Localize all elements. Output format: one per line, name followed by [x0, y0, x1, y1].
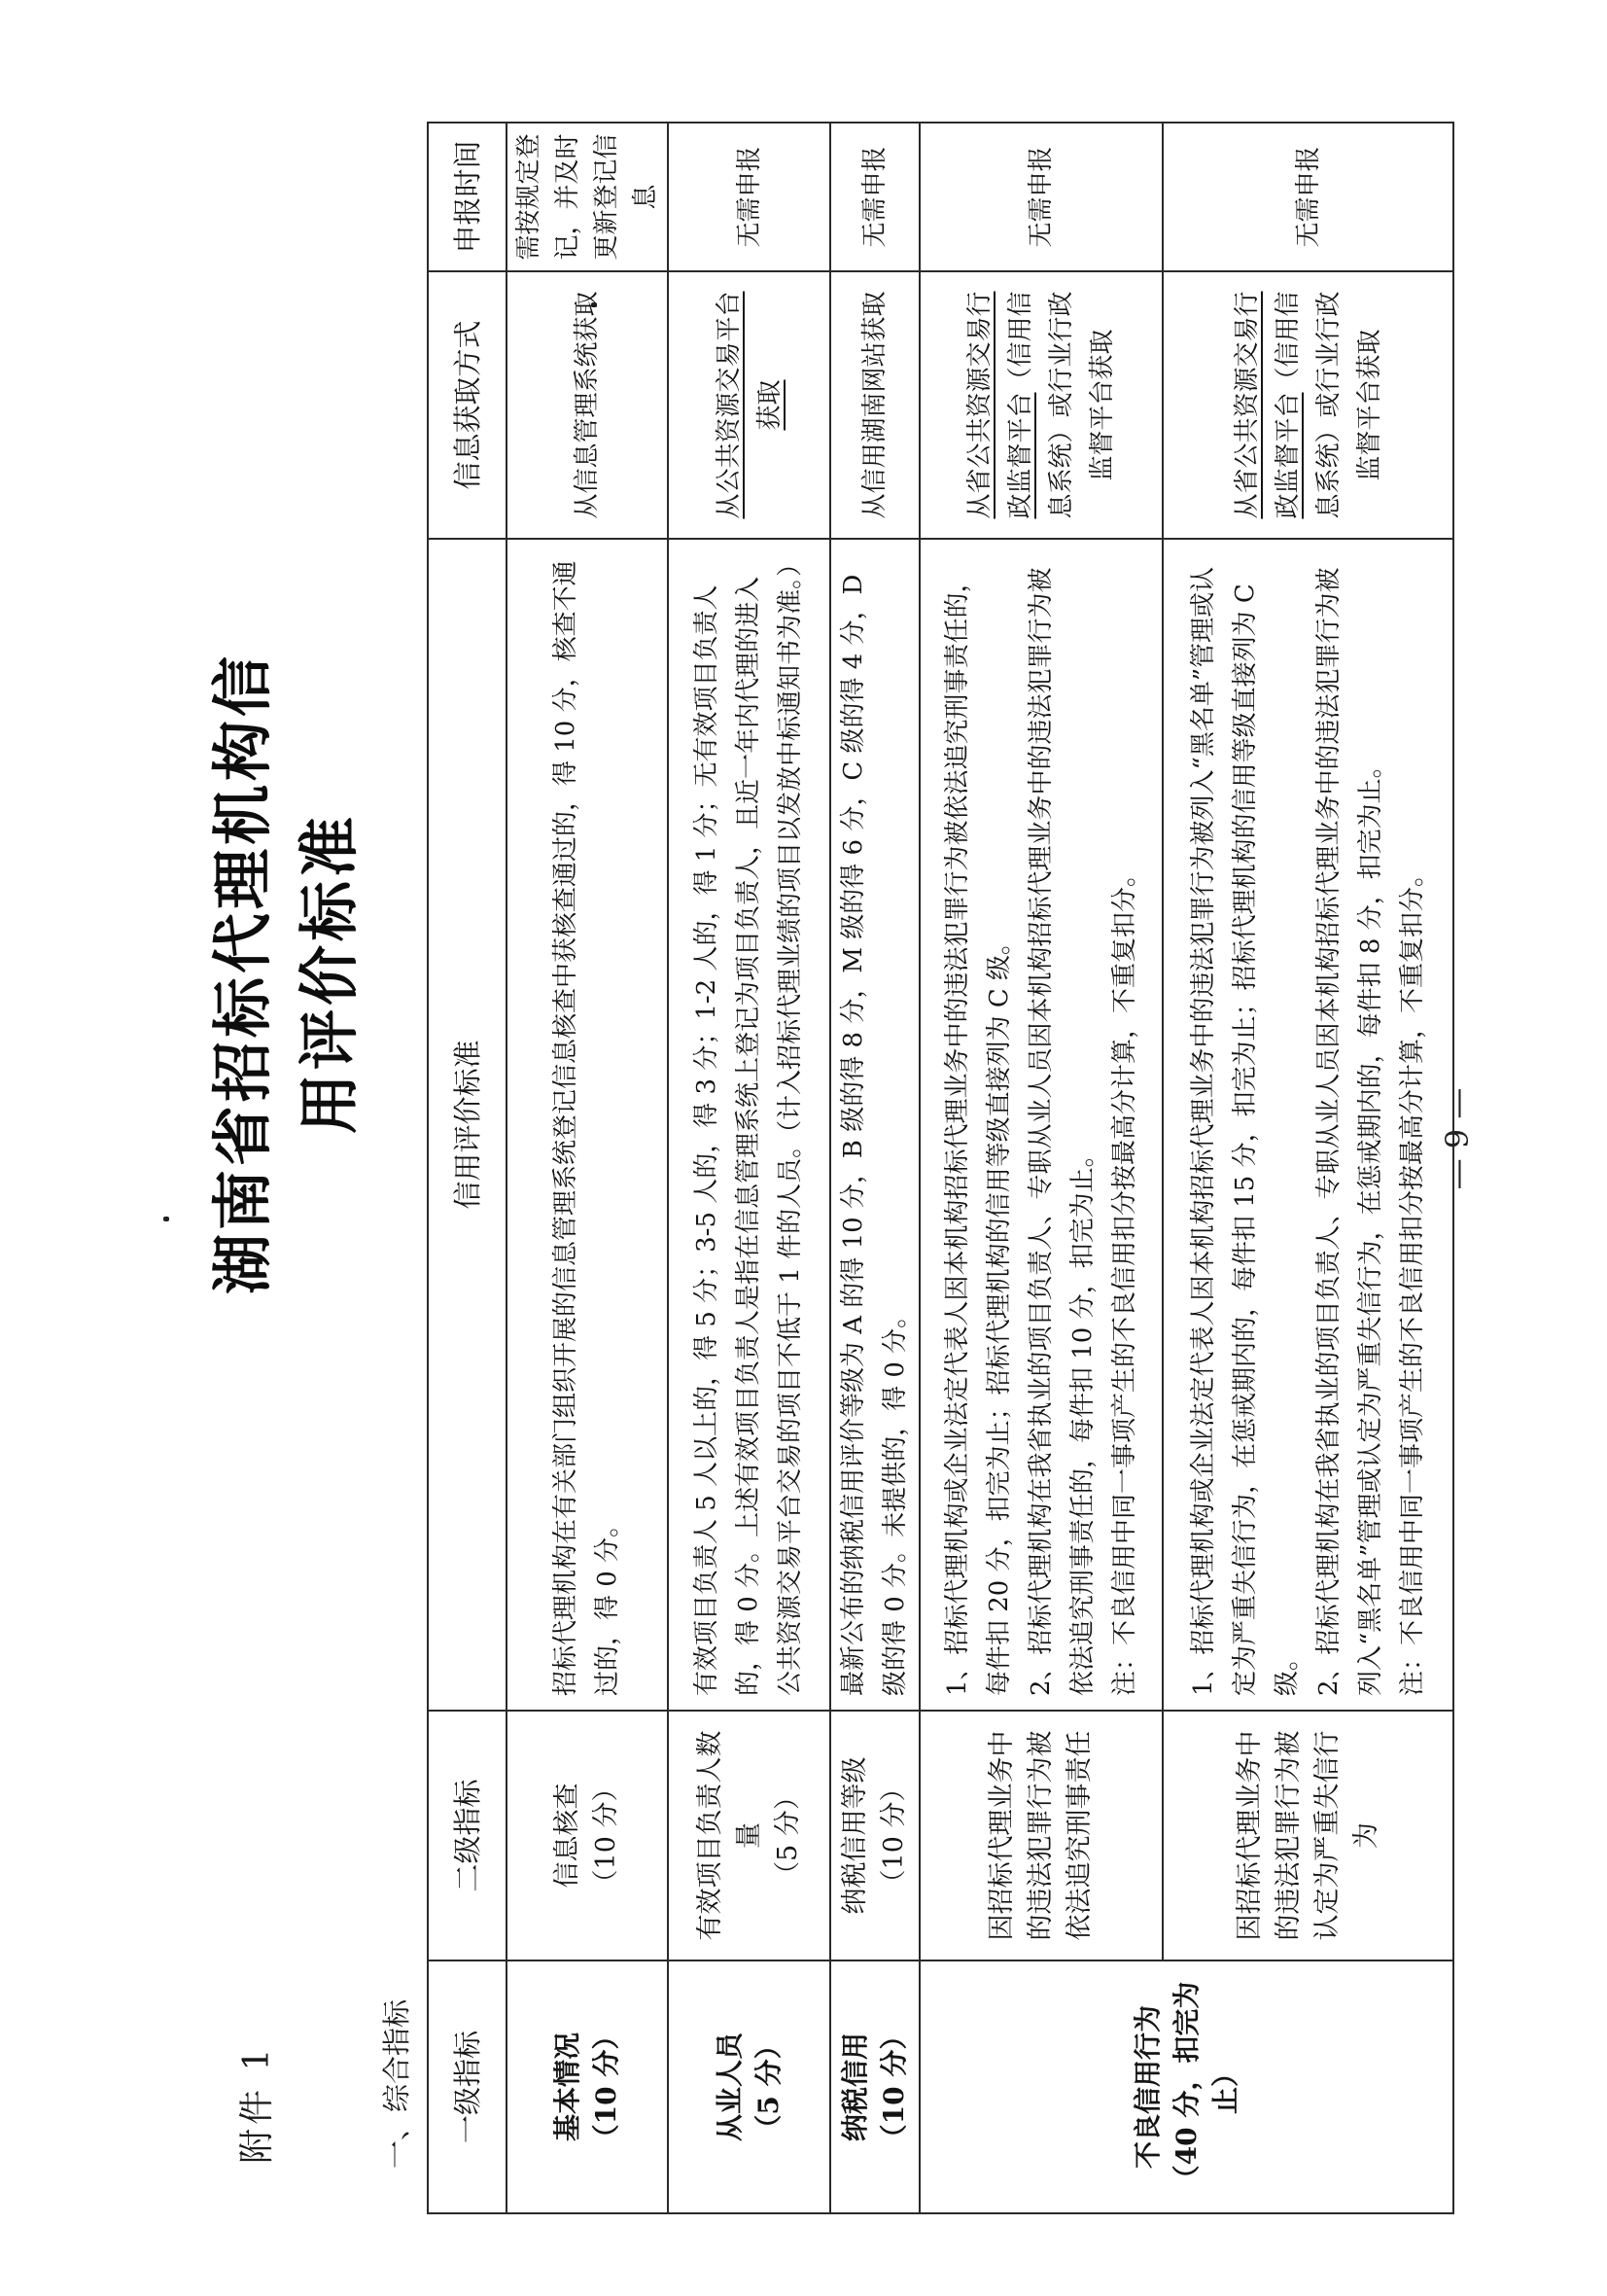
- header-criteria: 信用评价标准: [428, 539, 507, 1711]
- criteria-item: 1、招标代理机构或企业法定代表人因本机构招标代理业务中的违法犯罪行为被列入“黑名…: [1183, 553, 1309, 1696]
- table-row: 纳税信用 （10 分） 纳税信用等级 （10 分） 最新公布的纳税信用评价等级为…: [830, 123, 920, 2213]
- criteria-item: 2、招标代理机构在我省执业的项目负责人、专职从业人员因本机构招标代理业务中的违法…: [1309, 553, 1392, 1696]
- level1-cell: 从业人员 （5 分）: [668, 1960, 830, 2213]
- level1-name: 基本情况: [548, 1975, 587, 2199]
- table-header-row: 一级指标 二级指标 信用评价标准 信息获取方式 申报时间: [428, 123, 507, 2213]
- report-time-cell: 需按规定登记，并及时更新登记信息: [507, 123, 668, 271]
- criteria-text: 最新公布的纳税信用评价等级为 A 的得 10 分，B 级的得 8 分，M 级的得…: [833, 553, 917, 1696]
- report-time-text: 无需申报: [860, 147, 890, 248]
- attachment-label: 附件 1: [229, 2045, 279, 2164]
- level2-name: 信息核查: [548, 1725, 587, 1946]
- header-source: 信息获取方式: [428, 271, 507, 539]
- criteria-item: 1、招标代理机构或企业法定代表人因本机构招标代理业务中的违法犯罪行为被依法追究刑…: [937, 553, 1021, 1696]
- criteria-cell: 有效项目负责人 5 人以上的，得 5 分；3-5 人的，得 3 分；1-2 人的…: [668, 539, 830, 1711]
- level2-cell: 信息核查 （10 分）: [507, 1711, 668, 1960]
- credit-evaluation-table: 一级指标 二级指标 信用评价标准 信息获取方式 申报时间 基本情况 （10 分）…: [427, 122, 1454, 2214]
- level1-name: 从业人员: [711, 1975, 750, 2199]
- criteria-text: 有效项目负责人 5 人以上的，得 5 分；3-5 人的，得 3 分；1-2 人的…: [686, 553, 812, 1696]
- source-cell: 从公共资源交易平台获取: [668, 271, 830, 539]
- level2-points: （10 分）: [587, 1725, 626, 1946]
- level1-points: （10 分）: [587, 1975, 626, 2199]
- scan-speck: [163, 1217, 169, 1221]
- report-time-text: 无需申报: [1294, 147, 1323, 248]
- source-cell: 从省公共资源交易行政监督平台（信用信息系统）或行业行政监督平台获取: [1163, 271, 1453, 539]
- criteria-text: 招标代理机构在有关部门组织开展的信息管理系统登记信息核查中获核查通过的，得 10…: [545, 553, 629, 1696]
- criteria-item: 2、招标代理机构在我省执业的项目负责人、专职从业人员因本机构招标代理业务中的违法…: [1021, 553, 1104, 1696]
- report-time-text: 无需申报: [1027, 147, 1056, 248]
- level1-name: 不良信用行为: [1129, 1975, 1168, 2199]
- table-row: 基本情况 （10 分） 信息核查 （10 分） 招标代理机构在有关部门组织开展的…: [507, 123, 668, 2213]
- source-text: 从公共资源交易平台获取: [715, 292, 785, 519]
- table-row: 从业人员 （5 分） 有效项目负责人数量 （5 分） 有效项目负责人 5 人以上…: [668, 123, 830, 2213]
- criteria-cell: 1、招标代理机构或企业法定代表人因本机构招标代理业务中的违法犯罪行为被依法追究刑…: [920, 539, 1163, 1711]
- report-time-cell: 无需申报: [830, 123, 920, 271]
- source-text: 从信息管理系统获取: [573, 292, 602, 519]
- level2-cell: 因招标代理业务中的违法犯罪行为被依法追究刑事责任: [920, 1711, 1163, 1960]
- level1-name: 纳税信用: [836, 1975, 875, 2199]
- report-time-cell: 无需申报: [1163, 123, 1453, 271]
- criteria-note: 注：不良信用中同一事项产生的不良信用扣分按最高分计算，不重复扣分。: [1104, 553, 1146, 1696]
- level2-name: 有效项目负责人数量: [691, 1725, 769, 1946]
- level1-points: （40 分，扣完为止）: [1168, 1975, 1245, 2199]
- level2-cell: 纳税信用等级 （10 分）: [830, 1711, 920, 1960]
- report-time-text: 无需申报: [735, 147, 764, 248]
- report-time-cell: 无需申报: [668, 123, 830, 271]
- level2-cell: 因招标代理业务中的违法犯罪行为被认定为严重失信行为: [1163, 1711, 1453, 1960]
- source-cell: 从信用湖南网站获取: [830, 271, 920, 539]
- criteria-note: 注：不良信用中同一事项产生的不良信用扣分按最高分计算，不重复扣分。: [1392, 553, 1434, 1696]
- document-title: 湖南省招标代理机构信用评价标准: [194, 623, 367, 1324]
- table-row: 不良信用行为 （40 分，扣完为止） 因招标代理业务中的违法犯罪行为被依法追究刑…: [920, 123, 1163, 2213]
- header-level2: 二级指标: [428, 1711, 507, 1960]
- criteria-cell: 1、招标代理机构或企业法定代表人因本机构招标代理业务中的违法犯罪行为被列入“黑名…: [1163, 539, 1453, 1711]
- header-level1: 一级指标: [428, 1960, 507, 2213]
- criteria-cell: 招标代理机构在有关部门组织开展的信息管理系统登记信息核查中获核查通过的，得 10…: [507, 539, 668, 1711]
- level2-name: 因招标代理业务中的违法犯罪行为被认定为严重失信行为: [1231, 1725, 1386, 1946]
- document-page: 附件 1 湖南省招标代理机构信用评价标准 一、综合指标 一级指标 二级指标 信用…: [0, 0, 1607, 2296]
- source-cell: 从省公共资源交易行政监督平台（信用信息系统）或行业行政监督平台获取: [920, 271, 1163, 539]
- page-number: — 9 —: [1439, 1071, 1476, 1207]
- table-row: 因招标代理业务中的违法犯罪行为被认定为严重失信行为 1、招标代理机构或企业法定代…: [1163, 123, 1453, 2213]
- level2-points: （5 分）: [769, 1725, 808, 1946]
- source-cell: 从信息管理系统获取: [507, 271, 668, 539]
- level2-name: 因招标代理业务中的违法犯罪行为被依法追究刑事责任: [983, 1725, 1100, 1946]
- level2-cell: 有效项目负责人数量 （5 分）: [668, 1711, 830, 1960]
- report-time-text: 需按规定登记，并及时更新登记信息: [514, 134, 660, 261]
- source-text: 从信用湖南网站获取: [860, 292, 890, 519]
- criteria-cell: 最新公布的纳税信用评价等级为 A 的得 10 分，B 级的得 8 分，M 级的得…: [830, 539, 920, 1711]
- level1-points: （5 分）: [750, 1975, 788, 2199]
- level1-cell: 基本情况 （10 分）: [507, 1960, 668, 2213]
- level1-cell: 不良信用行为 （40 分，扣完为止）: [920, 1960, 1453, 2213]
- report-time-cell: 无需申报: [920, 123, 1163, 271]
- level1-points: （10 分）: [875, 1975, 914, 2199]
- level2-name: 纳税信用等级: [836, 1725, 875, 1946]
- level2-points: （10 分）: [875, 1725, 914, 1946]
- header-report-time: 申报时间: [428, 123, 507, 271]
- level1-cell: 纳税信用 （10 分）: [830, 1960, 920, 2213]
- section-heading: 一、综合指标: [375, 1999, 415, 2169]
